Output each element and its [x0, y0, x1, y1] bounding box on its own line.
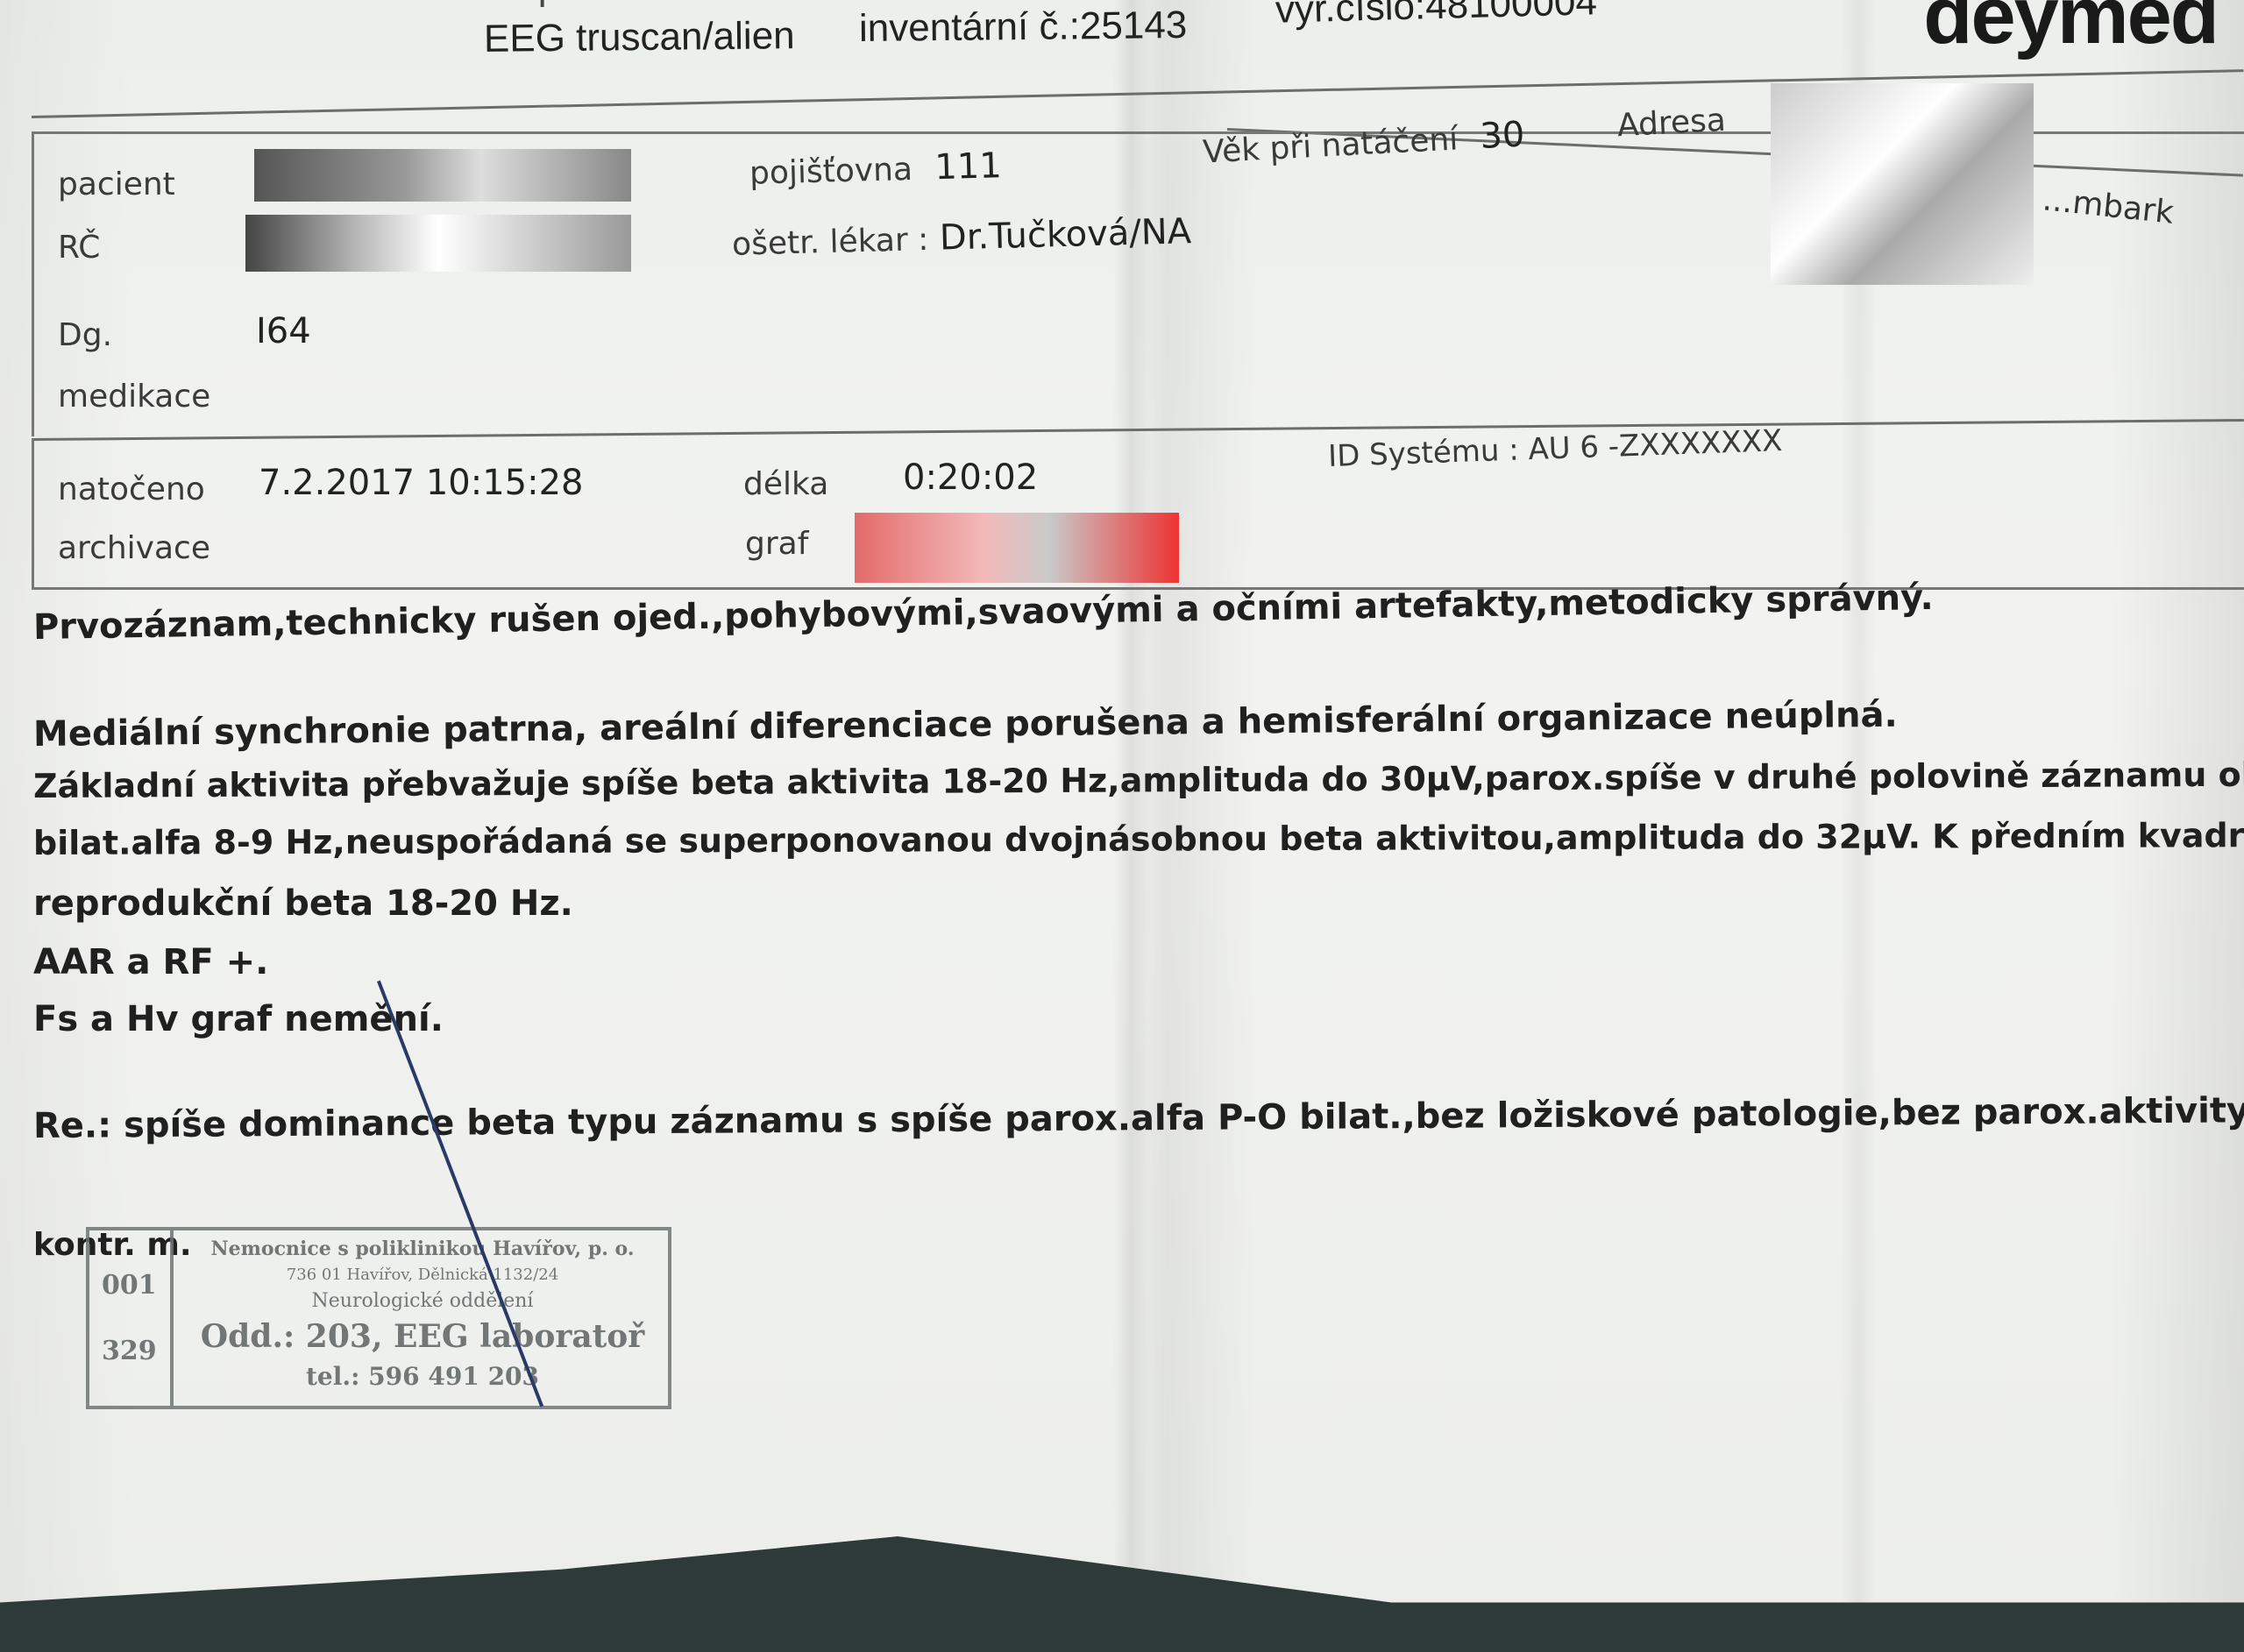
document-paper: Nsp Havířov EEG truscan/alien inventární… [0, 0, 2244, 1652]
stamp-line-1: Nemocnice s poliklinikou Havířov, p. o. [186, 1237, 659, 1260]
graph-label: graf [745, 526, 808, 562]
stamp-line-5: tel.: 596 491 203 [186, 1362, 659, 1391]
insurance-label: pojišťovna [749, 152, 913, 192]
doctor-label: ošetr. lékar : [732, 222, 929, 263]
recorded-label: natočeno [58, 471, 205, 507]
device-name: EEG truscan/alien [484, 14, 795, 61]
length-label: délka [743, 466, 828, 502]
medication-label: medikace [58, 379, 210, 415]
age-value: 30 [1479, 114, 1525, 157]
inventory-number: 25143 [1080, 4, 1188, 47]
report-line-5: reprodukční beta 18-20 Hz. [33, 883, 573, 924]
report-conclusion: Re.: spíše dominance beta typu záznamu s… [33, 1090, 2244, 1146]
doctor-value: Dr.Tučková/NA [939, 211, 1191, 259]
serial-field: výr.číslo:48100004 [1275, 0, 1597, 32]
patient-redaction [254, 149, 631, 202]
stamp-code-bottom: 329 [102, 1336, 157, 1366]
patient-label: pacient [58, 167, 175, 202]
report-line-6: AAR a RF +. [33, 942, 268, 982]
report-line-2: Mediální synchronie patrna, areální dife… [33, 695, 1898, 755]
address-redaction [1771, 83, 2034, 285]
report-line-3: Základní aktivita přebvažuje spíše beta … [33, 754, 2244, 805]
length-value: 0:20:02 [903, 457, 1038, 498]
deymed-logo: deymed [1923, 0, 2218, 62]
serial-number: 48100004 [1425, 0, 1598, 27]
stamp-left-column: 001 329 [89, 1230, 174, 1406]
inventory-label: inventární č.: [859, 4, 1080, 50]
serial-label: výr.číslo: [1275, 0, 1425, 32]
recorded-value: 7.2.2017 10:15:28 [259, 463, 584, 503]
rc-label: RČ [58, 230, 100, 266]
stamp-line-2: 736 01 Havířov, Dělnická 1132/24 [186, 1266, 659, 1284]
report-line-7: Fs a Hv graf nemění. [33, 999, 444, 1039]
report-line-4: bilat.alfa 8-9 Hz,neuspořádaná se superp… [33, 816, 2244, 862]
header-partial-line: Nsp Havířov [491, 0, 703, 9]
address-label: Adresa [1616, 103, 1727, 144]
insurance-value: 111 [934, 145, 1003, 188]
stamp-line-4: Odd.: 203, EEG laboratoř [186, 1318, 659, 1355]
graph-redaction [855, 513, 1179, 583]
stamp-line-3: Neurologické oddělení [186, 1290, 659, 1312]
department-stamp: 001 329 Nemocnice s poliklinikou Havířov… [86, 1227, 671, 1409]
archive-label: archivace [58, 530, 210, 566]
inventory-field: inventární č.:25143 [859, 4, 1188, 51]
dg-value: I64 [256, 311, 311, 351]
insurance-field: pojišťovna 111 [749, 145, 1002, 193]
dg-label: Dg. [58, 317, 112, 353]
rc-redaction [245, 215, 631, 272]
stamp-code-top: 001 [102, 1270, 157, 1301]
